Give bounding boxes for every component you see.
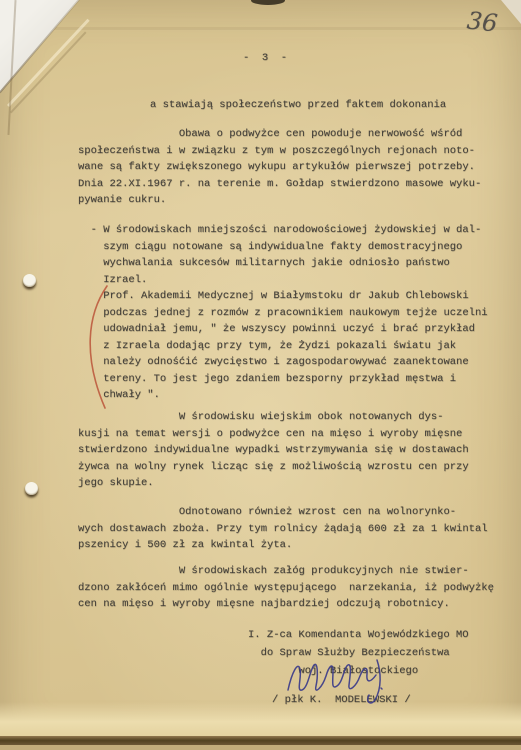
paragraph-prices-panic: Obawa o podwyżce cen powoduje nerwowość … xyxy=(78,126,481,209)
page-number-header: - 3 - xyxy=(243,50,287,67)
punch-hole-top xyxy=(23,274,36,287)
handwritten-signature xyxy=(278,644,406,706)
handwritten-page-number: 36 xyxy=(466,6,499,37)
red-margin-bracket xyxy=(80,283,110,411)
paragraph-workers: W środowiskach załóg produkcyjnych nie s… xyxy=(78,563,494,613)
document-page: 36 - 3 - a stawiają społeczeństwo przed … xyxy=(0,0,521,750)
top-edge-notch xyxy=(251,0,285,5)
paragraph-minority-report: - W środowiskach mniejszości narodowości… xyxy=(78,222,488,404)
bottom-page-edge xyxy=(0,745,521,750)
paragraph-grain-prices: Odnotowano również wzrost cen na wolnory… xyxy=(78,504,488,554)
intro-line: a stawiają społeczeństwo przed faktem do… xyxy=(150,97,446,114)
bottom-fold-highlight xyxy=(0,702,521,738)
paragraph-rural: W środowisku wiejskim obok notowanych dy… xyxy=(78,409,469,492)
top-right-corner-fold xyxy=(501,0,521,24)
punch-hole-bottom xyxy=(25,482,38,495)
